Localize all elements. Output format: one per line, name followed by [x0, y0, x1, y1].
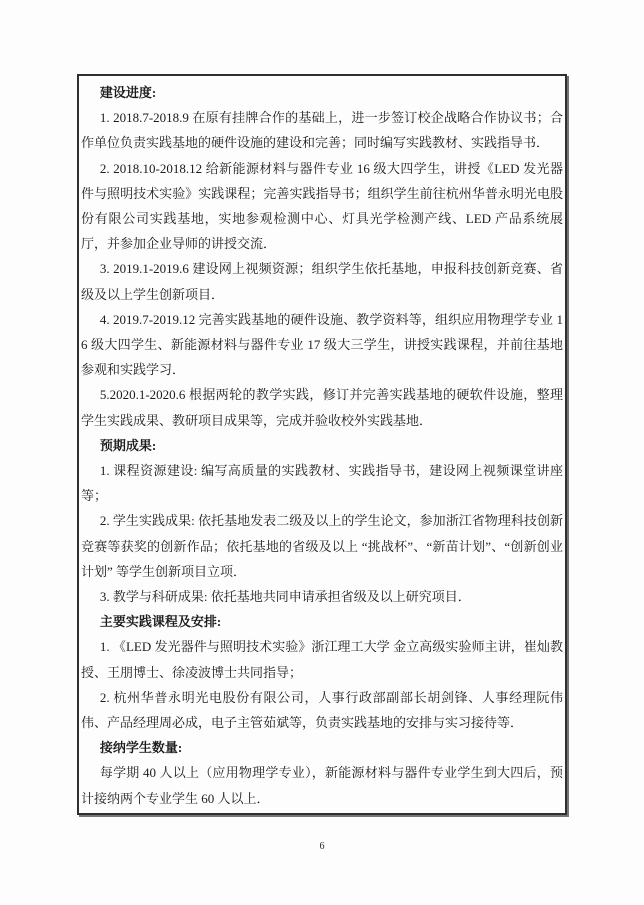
- paragraph-progress-2: 2. 2018.10-2018.12 给新能源材料与器件专业 16 级大四学生，…: [81, 156, 563, 257]
- paragraph-progress-4: 4. 2019.7-2019.12 完善实践基地的硬件设施、教学资料等，组织应用…: [81, 307, 563, 383]
- paragraph-capacity-1: 每学期 40 人以上（应用物理学专业），新能源材料与器件专业学生到大四后，预计接…: [81, 760, 563, 810]
- paragraph-results-3: 3. 教学与科研成果: 依托基地共同申请承担省级及以上研究项目．: [81, 584, 563, 609]
- paragraph-courses-2: 2. 杭州华普永明光电股份有限公司，人事行政部副部长胡剑锋、人事经理阮伟伟、产品…: [81, 685, 563, 735]
- paragraph-progress-5: 5.2020.1-2020.6 根据两轮的教学实践，修订并完善实践基地的硬软件设…: [81, 382, 563, 432]
- paragraph-progress-1: 1. 2018.7-2018.9 在原有挂牌合作的基础上，进一步签订校企战略合作…: [81, 105, 563, 155]
- paragraph-progress-3: 3. 2019.1-2019.6 建设网上视频资源；组织学生依托基地，申报科技创…: [81, 256, 563, 306]
- page-number: 6: [0, 841, 644, 852]
- paragraph-results-1: 1. 课程资源建设: 编写高质量的实践教材、实践指导书，建设网上视频课堂讲座等；: [81, 458, 563, 508]
- section-heading-main-courses: 主要实践课程及安排:: [81, 609, 563, 634]
- section-heading-expected-results: 预期成果:: [81, 433, 563, 458]
- form-cell-border: 建设进度: 1. 2018.7-2018.9 在原有挂牌合作的基础上，进一步签订…: [77, 74, 567, 815]
- section-heading-construction-progress: 建设进度:: [81, 80, 563, 105]
- paragraph-results-2: 2. 学生实践成果: 依托基地发表二级及以上的学生论文，参加浙江省物理科技创新竞…: [81, 508, 563, 584]
- section-heading-student-capacity: 接纳学生数量:: [81, 735, 563, 760]
- document-page: 建设进度: 1. 2018.7-2018.9 在原有挂牌合作的基础上，进一步签订…: [0, 0, 644, 905]
- paragraph-courses-1: 1. 《LED 发光器件与照明技术实验》浙江理工大学 金立高级实验师主讲，崔灿教…: [81, 634, 563, 684]
